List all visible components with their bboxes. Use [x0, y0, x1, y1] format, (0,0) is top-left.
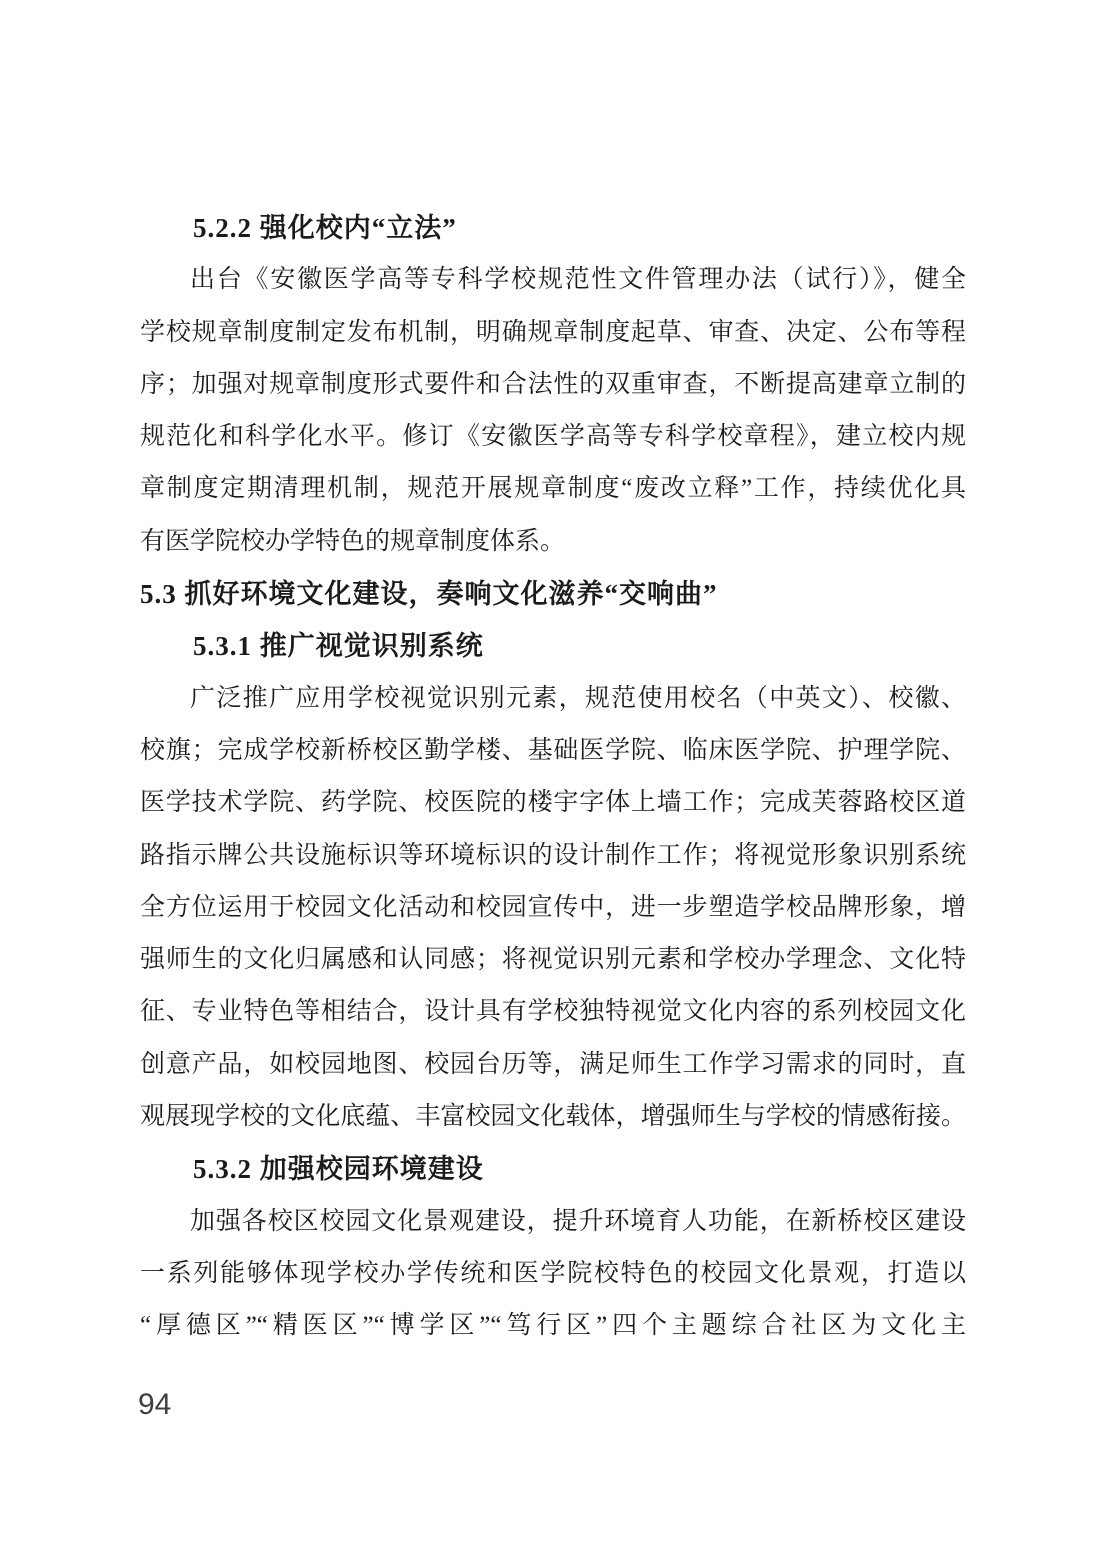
para-5-2-2: 出台《安徽医学高等专科学校规范性文件管理办法（试行）》，健全学校规章制度制定发布…	[140, 254, 966, 568]
para-5-2-2-line-5: 章制度定期清理机制，规范开展规章制度“废改立释”工作，持续优化具	[140, 463, 966, 515]
heading-5-3: 5.3 抓好环境文化建设，奏响文化滋养“交响曲”	[140, 568, 966, 620]
heading-5-2-2: 5.2.2 强化校内“立法”	[140, 202, 966, 254]
page-number: 94	[138, 1388, 171, 1422]
para-5-3-1-line-2: 校旗；完成学校新桥校区勤学楼、基础医学院、临床医学院、护理学院、	[140, 725, 966, 777]
para-5-3-1: 广泛推广应用学校视觉识别元素，规范使用校名（中英文）、校徽、校旗；完成学校新桥校…	[140, 673, 966, 1144]
heading-5-3-2: 5.3.2 加强校园环境建设	[140, 1143, 966, 1195]
para-5-3-2-line-1: 加强各校区校园文化景观建设，提升环境育人功能，在新桥校区建设	[140, 1196, 966, 1248]
document-page: 5.2.2 强化校内“立法”出台《安徽医学高等专科学校规范性文件管理办法（试行）…	[0, 0, 1102, 1559]
para-5-3-1-line-1: 广泛推广应用学校视觉识别元素，规范使用校名（中英文）、校徽、	[140, 673, 966, 725]
para-5-3-1-line-8: 创意产品，如校园地图、校园台历等，满足师生工作学习需求的同时，直	[140, 1039, 966, 1091]
para-5-2-2-line-2: 学校规章制度制定发布机制，明确规章制度起草、审查、决定、公布等程	[140, 307, 966, 359]
para-5-3-1-line-5: 全方位运用于校园文化活动和校园宣传中，进一步塑造学校品牌形象，增	[140, 882, 966, 934]
document-content: 5.2.2 强化校内“立法”出台《安徽医学高等专科学校规范性文件管理办法（试行）…	[140, 202, 966, 1353]
para-5-3-1-line-3: 医学技术学院、药学院、校医院的楼宇字体上墙工作；完成芙蓉路校区道	[140, 777, 966, 829]
para-5-3-2-line-2: 一系列能够体现学校办学传统和医学院校特色的校园文化景观，打造以	[140, 1248, 966, 1300]
para-5-3-1-line-4: 路指示牌公共设施标识等环境标识的设计制作工作；将视觉形象识别系统	[140, 830, 966, 882]
heading-5-3-1: 5.3.1 推广视觉识别系统	[140, 620, 966, 672]
para-5-2-2-line-6: 有医学院校办学特色的规章制度体系。	[140, 516, 966, 568]
para-5-2-2-line-4: 规范化和科学化水平。修订《安徽医学高等专科学校章程》，建立校内规	[140, 411, 966, 463]
para-5-3-1-line-9: 观展现学校的文化底蕴、丰富校园文化载体，增强师生与学校的情感衔接。	[140, 1091, 966, 1143]
para-5-3-2: 加强各校区校园文化景观建设，提升环境育人功能，在新桥校区建设一系列能够体现学校办…	[140, 1196, 966, 1353]
para-5-3-1-line-7: 征、专业特色等相结合，设计具有学校独特视觉文化内容的系列校园文化	[140, 986, 966, 1038]
para-5-3-1-line-6: 强师生的文化归属感和认同感；将视觉识别元素和学校办学理念、文化特	[140, 934, 966, 986]
para-5-3-2-line-3: “厚德区”“精医区”“博学区”“笃行区”四个主题综合社区为文化主	[140, 1300, 966, 1352]
para-5-2-2-line-3: 序；加强对规章制度形式要件和合法性的双重审查，不断提高建章立制的	[140, 359, 966, 411]
para-5-2-2-line-1: 出台《安徽医学高等专科学校规范性文件管理办法（试行）》，健全	[140, 254, 966, 306]
